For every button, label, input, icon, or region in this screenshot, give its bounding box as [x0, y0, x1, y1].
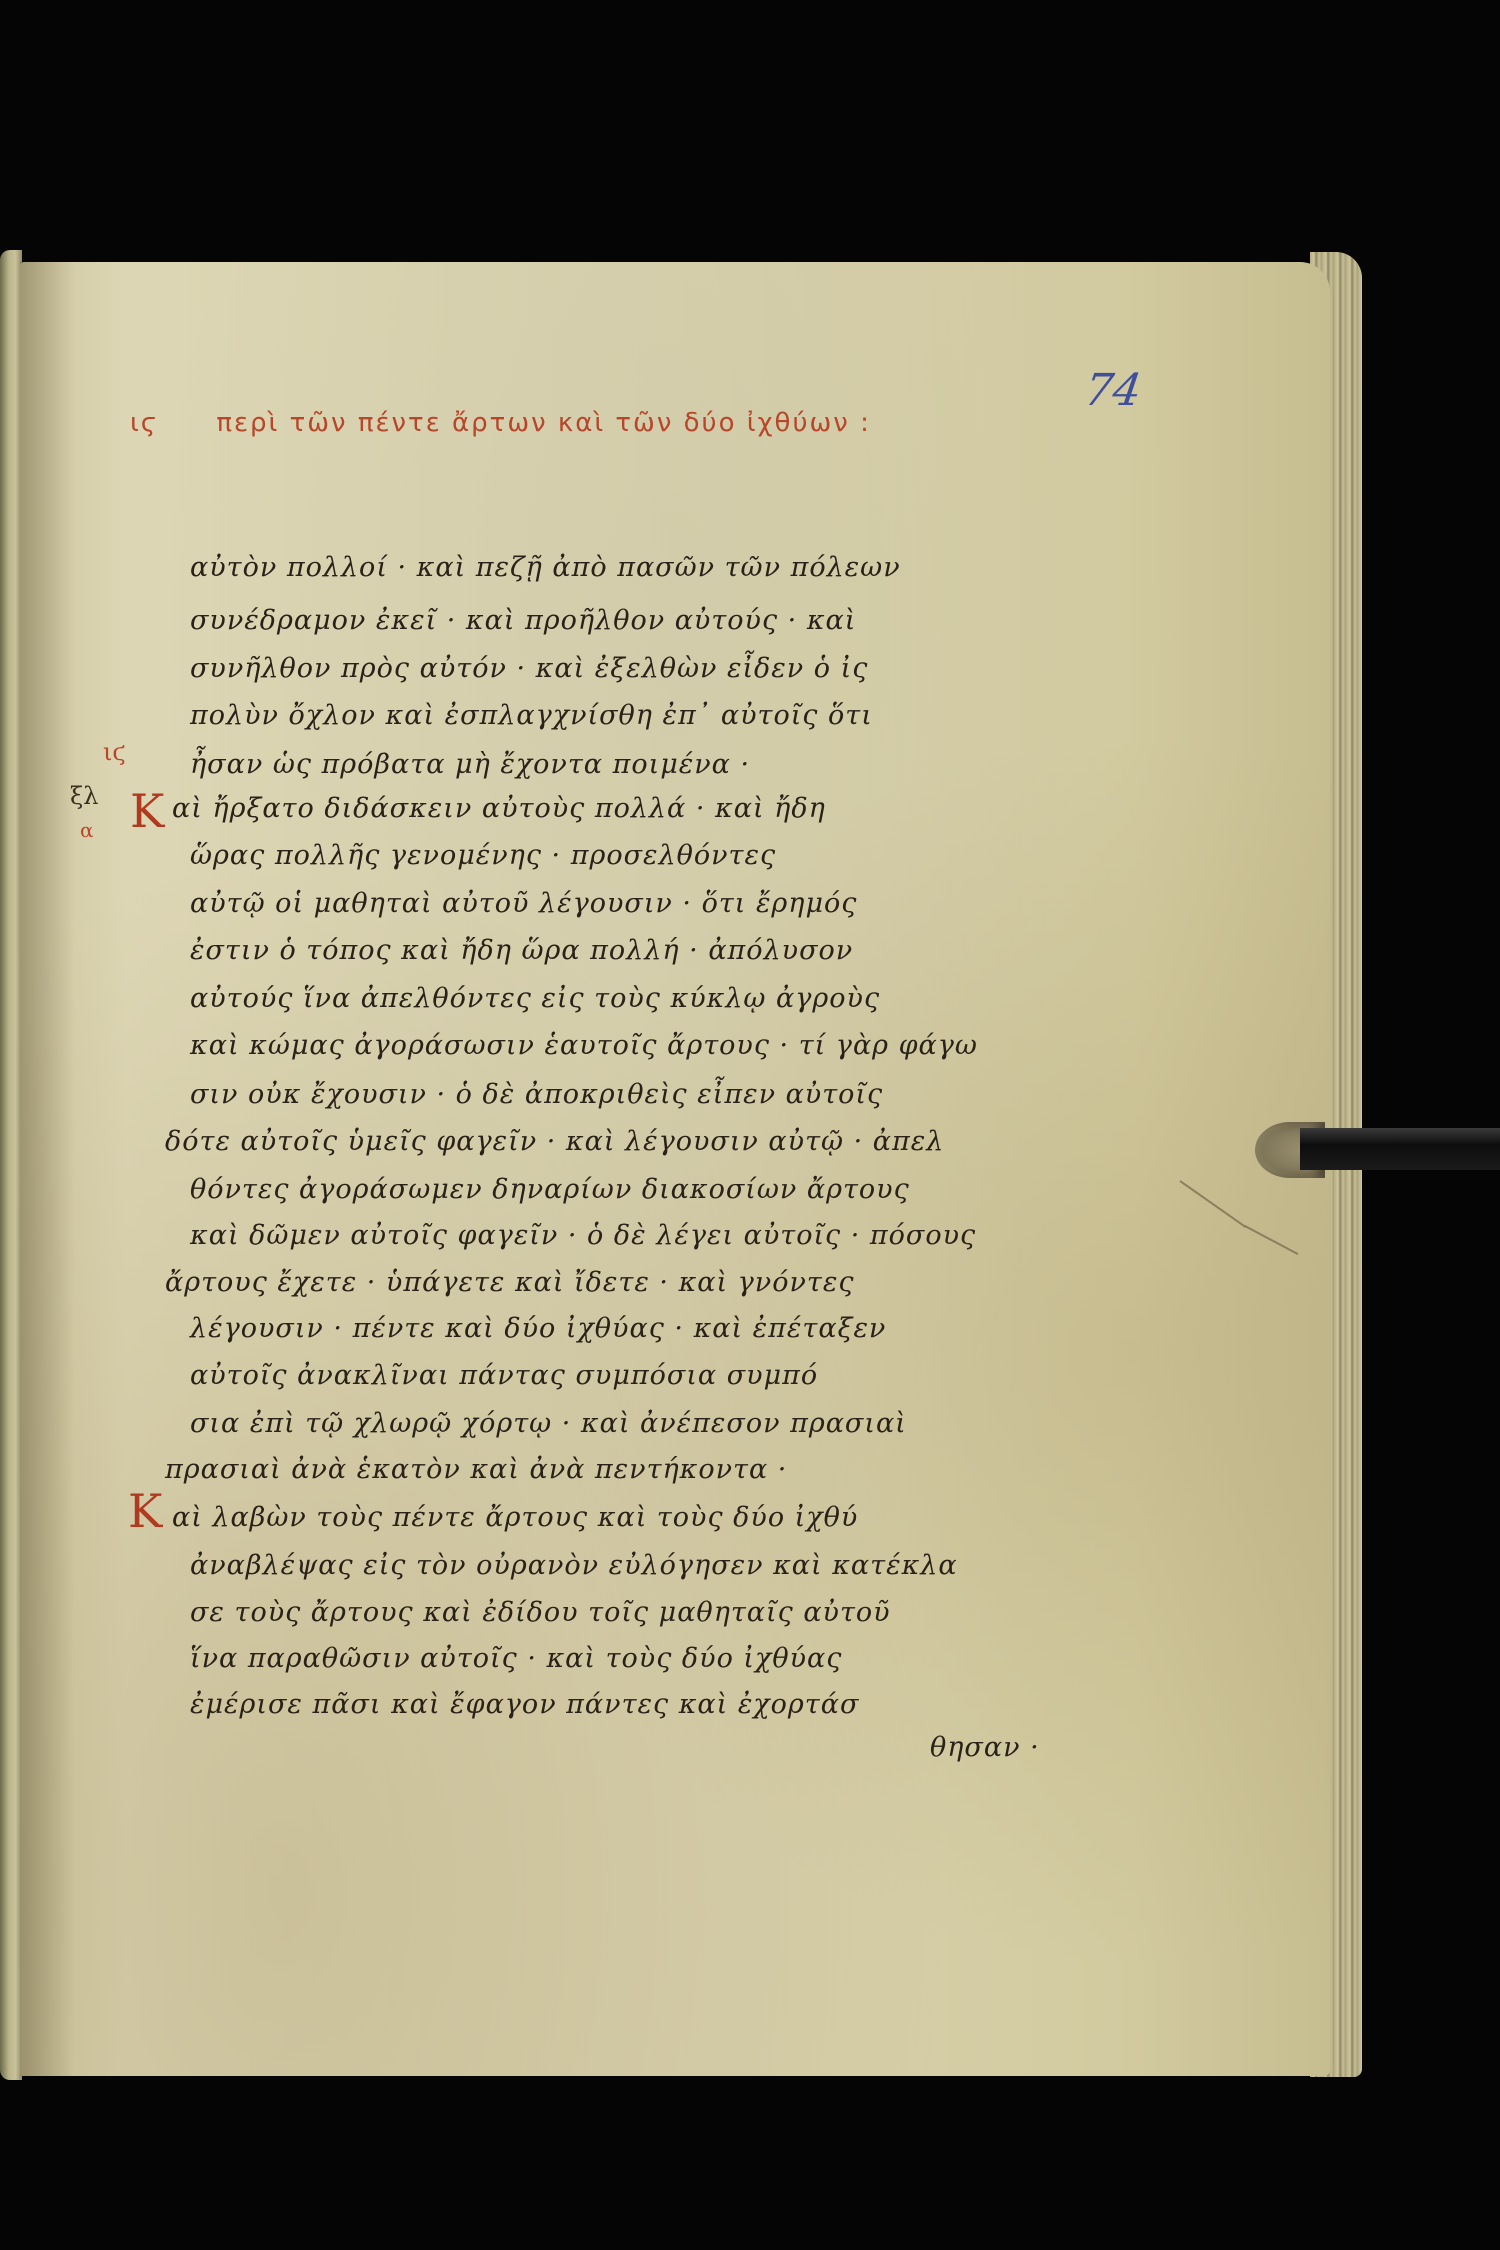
rubricated-initial-1: Κ [130, 784, 164, 838]
text-line: συνῆλθον πρὸς αὐτόν · καὶ ἐξελθὼν εἶδεν … [190, 653, 868, 684]
text-line: ἦσαν ὡς πρόβατα μὴ ἔχοντα ποιμένα · [190, 749, 750, 780]
text-line: σε τοὺς ἄρτους καὶ ἐδίδου τοῖς μαθηταῖς … [190, 1597, 891, 1628]
manuscript-page [20, 262, 1330, 2076]
folio-number: 74 [1081, 365, 1144, 416]
text-line: συνέδραμον ἐκεῖ · καὶ προῆλθον αὐτούς · … [190, 605, 856, 636]
text-line: θησαν · [930, 1732, 1040, 1763]
rubricated-initial-2: Κ [128, 1484, 162, 1538]
text-line: καὶ δῶμεν αὐτοῖς φαγεῖν · ὁ δὲ λέγει αὐτ… [190, 1220, 976, 1251]
text-line: θόντες ἀγοράσωμεν δηναρίων διακοσίων ἄρτ… [190, 1174, 910, 1205]
text-line: πολὺν ὄχλον καὶ ἐσπλαγχνίσθη ἐπ᾽ αὐτοῖς … [190, 700, 873, 731]
margin-section-mark: ιϛ [103, 738, 126, 766]
text-line: λέγουσιν · πέντε καὶ δύο ἰχθύας · καὶ ἐπ… [190, 1313, 886, 1344]
text-line: αὶ ἤρξατο διδάσκειν αὐτοὺς πολλά · καὶ ἤ… [172, 793, 826, 824]
text-line: αὐτὸν πολλοί · καὶ πεζῇ ἀπὸ πασῶν τῶν πό… [190, 552, 901, 583]
text-line: καὶ κώμας ἀγοράσωσιν ἑαυτοῖς ἄρτους · τί… [190, 1030, 978, 1061]
book-weight-rod [1300, 1128, 1500, 1170]
text-line: σιν οὐκ ἔχουσιν · ὁ δὲ ἀποκριθεὶς εἶπεν … [190, 1079, 883, 1110]
text-line: αὐτοῖς ἀνακλῖναι πάντας συμπόσια συμπό [190, 1360, 818, 1391]
text-line: αὶ λαβὼν τοὺς πέντε ἄρτους καὶ τοὺς δύο … [172, 1502, 858, 1533]
margin-canon-number: ξλ [70, 782, 98, 810]
margin-canon-sub: α [80, 818, 94, 842]
text-line: αὐτῷ οἱ μαθηταὶ αὐτοῦ λέγουσιν · ὅτι ἔρη… [190, 888, 857, 919]
binding-left-edge [0, 250, 22, 2080]
text-line: ἐστιν ὁ τόπος καὶ ἤδη ὥρα πολλή · ἀπόλυσ… [190, 935, 853, 966]
text-line: πρασιαὶ ἀνὰ ἑκατὸν καὶ ἀνὰ πεντήκοντα · [165, 1454, 787, 1485]
text-line: αὐτούς ἵνα ἀπελθόντες εἰς τοὺς κύκλῳ ἀγρ… [190, 983, 880, 1014]
text-line: δότε αὐτοῖς ὑμεῖς φαγεῖν · καὶ λέγουσιν … [165, 1126, 944, 1157]
text-line: ἵνα παραθῶσιν αὐτοῖς · καὶ τοὺς δύο ἰχθύ… [190, 1643, 842, 1674]
chapter-number: ιϛ [130, 408, 158, 438]
text-line: ἐμέρισε πᾶσι καὶ ἔφαγον πάντες καὶ ἐχορτ… [190, 1689, 859, 1720]
text-line: ἀναβλέψας εἰς τὸν οὐρανὸν εὐλόγησεν καὶ … [190, 1550, 958, 1581]
text-line: ὥρας πολλῆς γενομένης · προσελθόντες [190, 840, 776, 871]
chapter-heading: ιϛ περὶ τῶν πέντε ἄρτων καὶ τῶν δύο ἰχθύ… [130, 408, 871, 438]
gutter-shadow [20, 262, 75, 2076]
text-line: ἄρτους ἔχετε · ὑπάγετε καὶ ἴδετε · καὶ γ… [165, 1267, 854, 1298]
text-line: σια ἐπὶ τῷ χλωρῷ χόρτῳ · καὶ ἀνέπεσον πρ… [190, 1408, 907, 1439]
chapter-title: περὶ τῶν πέντε ἄρτων καὶ τῶν δύο ἰχθύων … [216, 408, 871, 438]
